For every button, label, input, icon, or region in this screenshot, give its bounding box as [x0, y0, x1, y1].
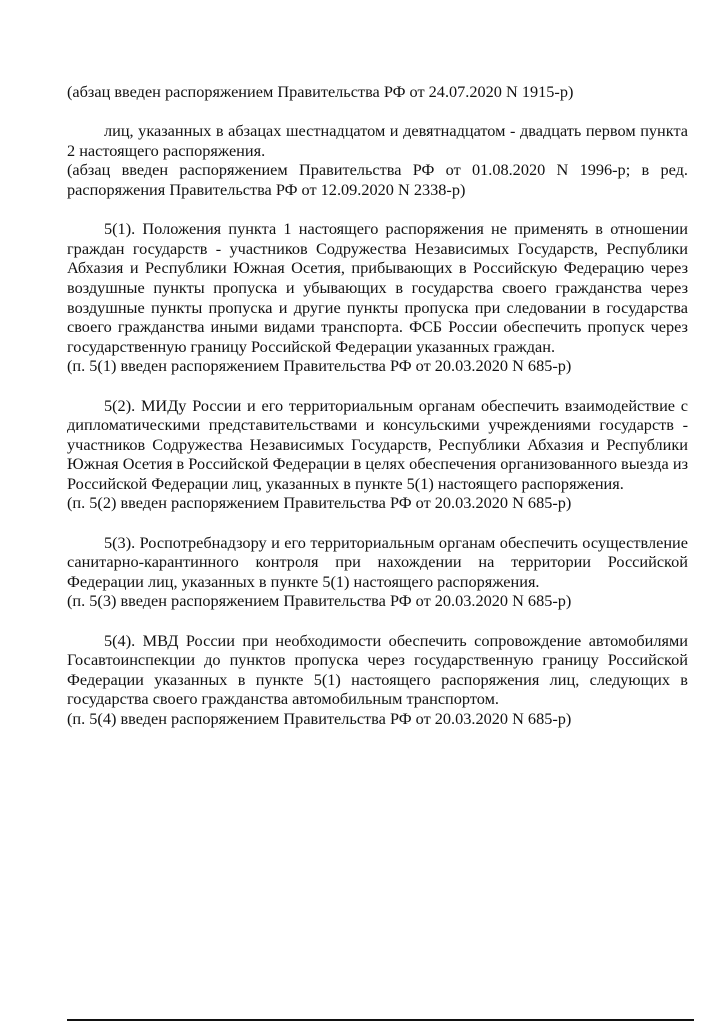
paragraph-text: 5(1). Положения пункта 1 настоящего расп…: [67, 219, 688, 356]
paragraph-text: 5(2). МИДу России и его территориальным …: [67, 396, 688, 494]
amendment-note: (абзац введен распоряжением Правительств…: [67, 160, 688, 199]
paragraph-text: лиц, указанных в абзацах шестнадцатом и …: [67, 121, 688, 160]
note-block-1: (абзац введен распоряжением Правительств…: [67, 82, 688, 102]
document-page: (абзац введен распоряжением Правительств…: [67, 82, 688, 748]
paragraph-block-5-4: 5(4). МВД России при необходимости обесп…: [67, 631, 688, 729]
paragraph-block-5-2: 5(2). МИДу России и его территориальным …: [67, 396, 688, 514]
amendment-note: (п. 5(1) введен распоряжением Правительс…: [67, 356, 688, 376]
amendment-note: (п. 5(4) введен распоряжением Правительс…: [67, 709, 688, 729]
amendment-note: (п. 5(3) введен распоряжением Правительс…: [67, 591, 688, 611]
amendment-note: (абзац введен распоряжением Правительств…: [67, 82, 688, 102]
paragraph-text: 5(3). Роспотребнадзору и его территориал…: [67, 533, 688, 592]
paragraph-block-5-1: 5(1). Положения пункта 1 настоящего расп…: [67, 219, 688, 376]
paragraph-block-5-3: 5(3). Роспотребнадзору и его территориал…: [67, 533, 688, 611]
paragraph-text: 5(4). МВД России при необходимости обесп…: [67, 631, 688, 709]
footer-divider: [67, 1019, 694, 1021]
paragraph-block-2: лиц, указанных в абзацах шестнадцатом и …: [67, 121, 688, 199]
amendment-note: (п. 5(2) введен распоряжением Правительс…: [67, 493, 688, 513]
